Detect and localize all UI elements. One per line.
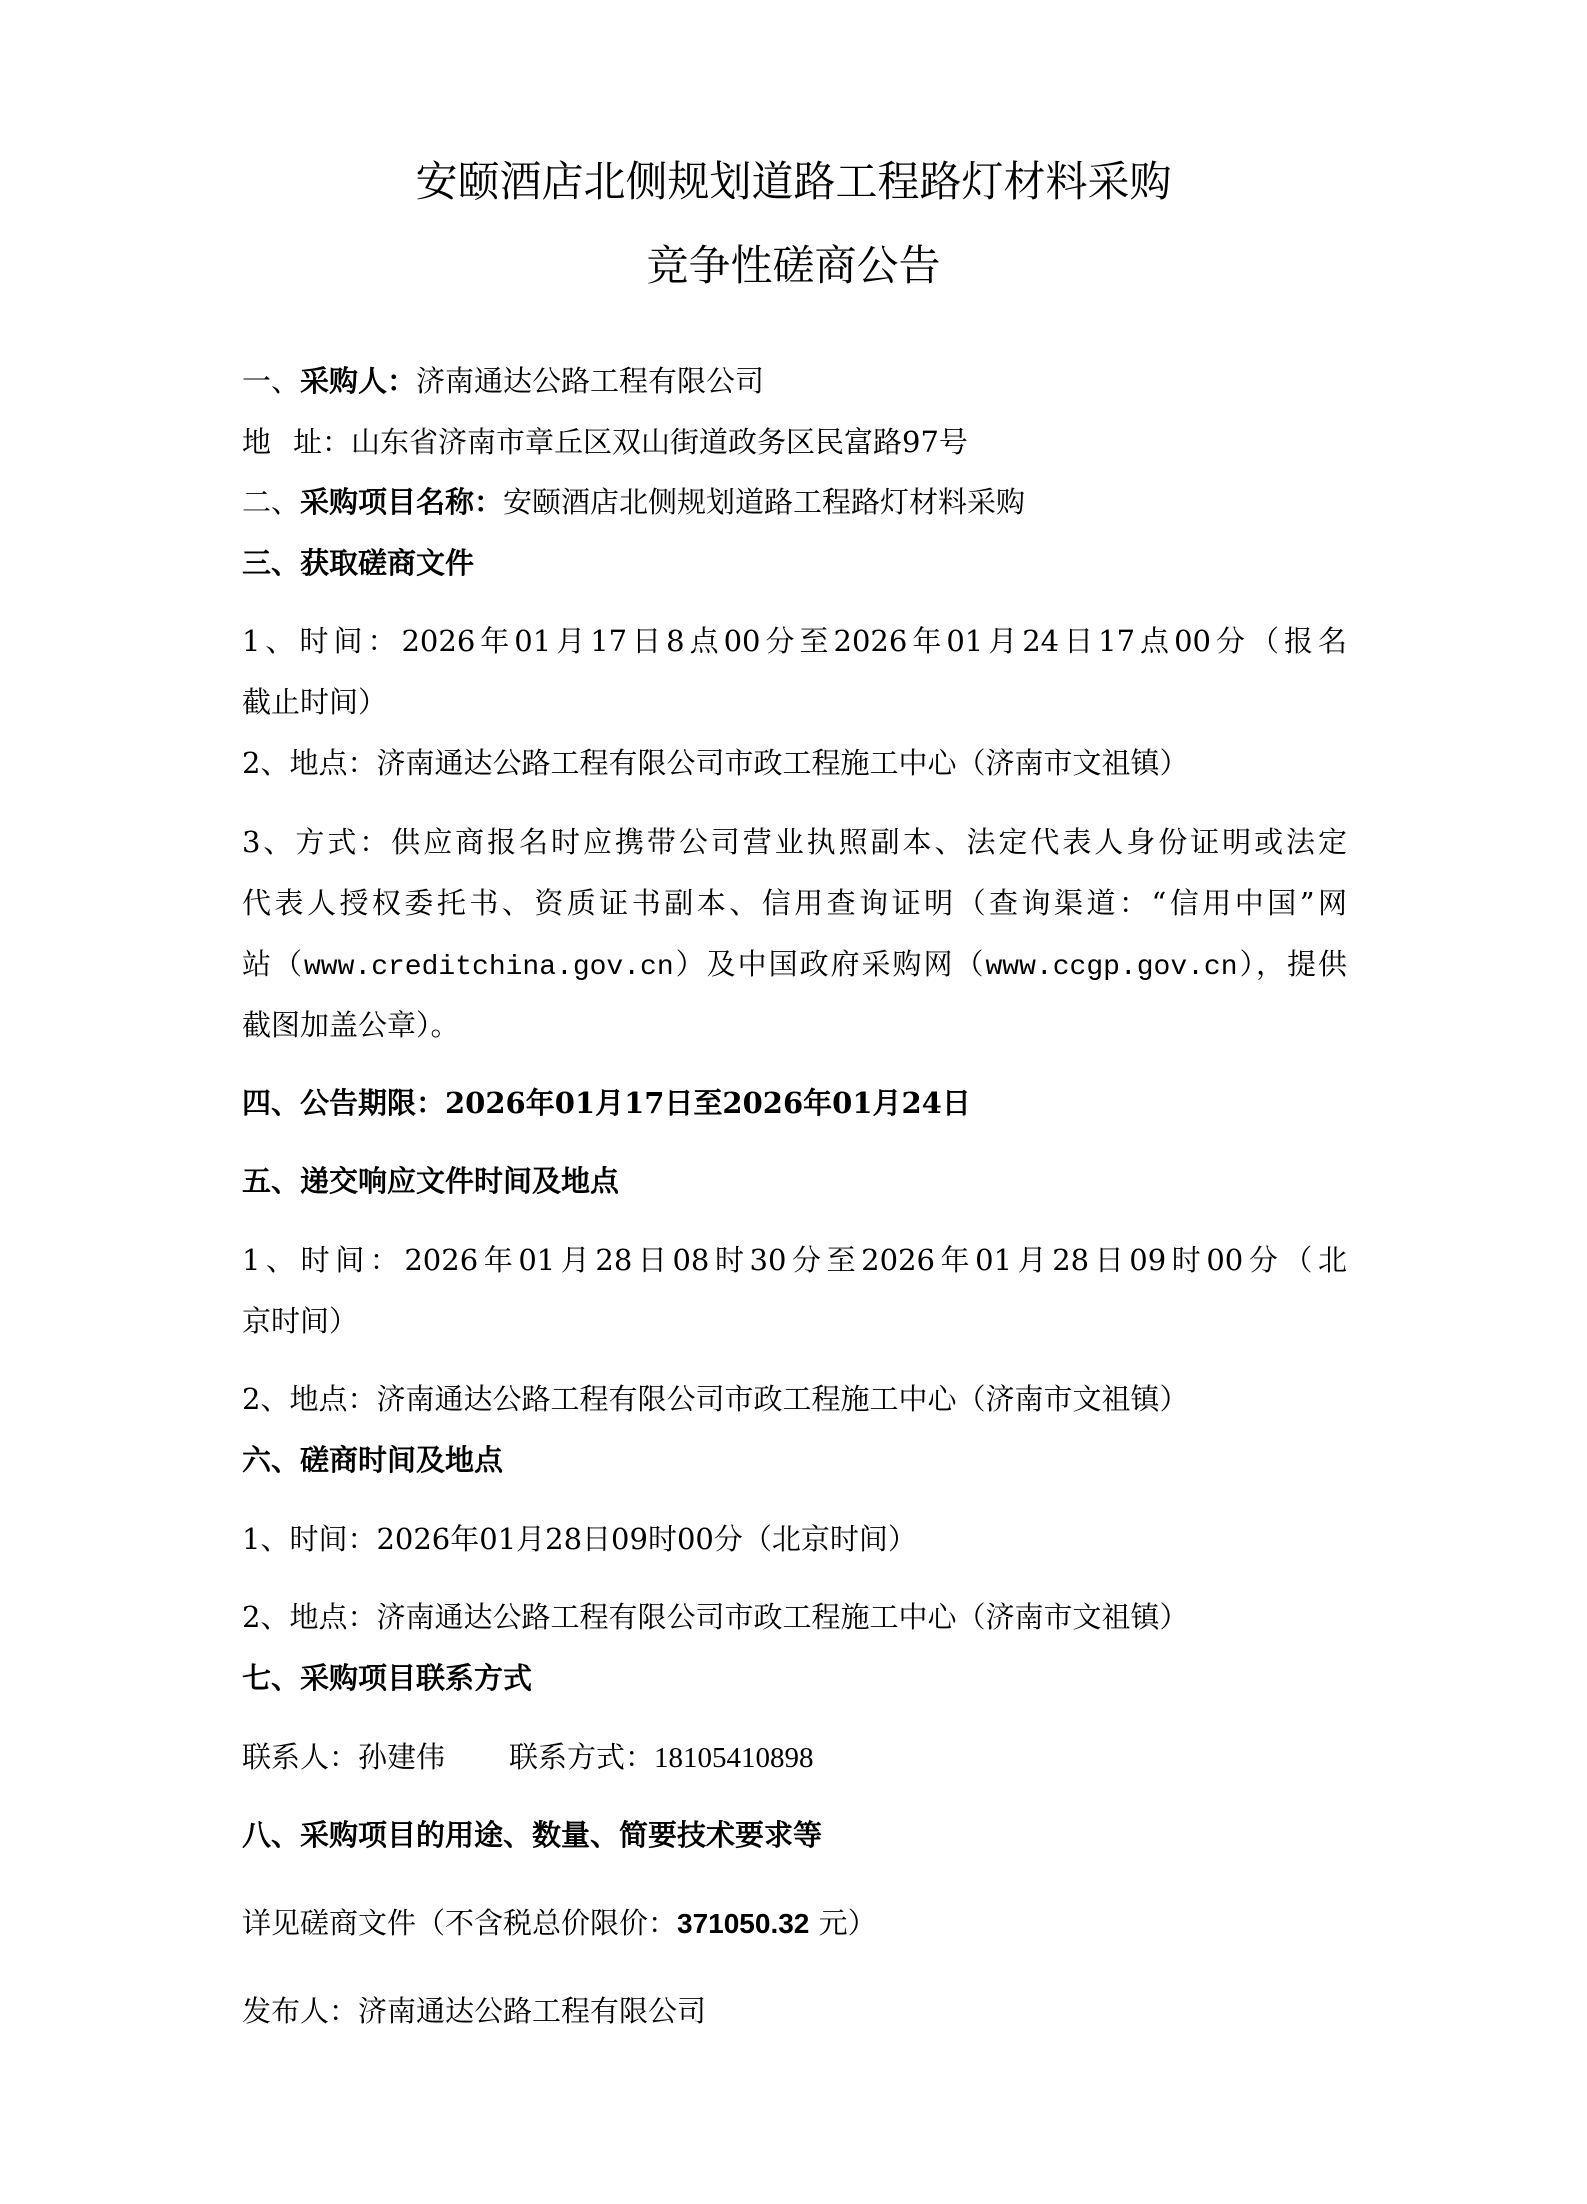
section8-heading: 八、采购项目的用途、数量、简要技术要求等 [242, 1815, 1347, 1855]
document-page: 安颐酒店北侧规划道路工程路灯材料采购 竞争性磋商公告 一、采购人：济南通达公路工… [0, 0, 1587, 2204]
creditchina-link: www.creditchina.gov.cn [304, 952, 674, 983]
address-line: 地址：山东省济南市章丘区双山街道政务区民富路97号 [242, 422, 1347, 462]
detail-suffix: 元） [819, 1906, 877, 1940]
section4-heading: 四、公告期限：2026年01月17日至2026年01月24日 [242, 1083, 1347, 1123]
contact-label: 联系人： [242, 1740, 358, 1774]
project-name-number: 二、 [242, 485, 300, 519]
item3-text-c: ），提供 [1238, 947, 1347, 981]
section3-item1-line1: 1、时间：2026年01月17日8点00分至2026年01月24日17点00分（… [242, 621, 1347, 661]
purchaser-label: 采购人： [300, 364, 416, 398]
publisher-line: 发布人：济南通达公路工程有限公司 [242, 1991, 1347, 2031]
section8-detail: 详见磋商文件（不含税总价限价：371050.32 元） [242, 1903, 1347, 1944]
section6-item1: 1、时间：2026年01月28日09时00分（北京时间） [242, 1519, 1347, 1559]
section6-item2: 2、地点：济南通达公路工程有限公司市政工程施工中心（济南市文祖镇） [242, 1597, 1347, 1637]
purchaser-line: 一、采购人：济南通达公路工程有限公司 [242, 361, 1347, 401]
section3-item3-line2: 代表人授权委托书、资质证书副本、信用查询证明（查询渠道：“信用中国”网 [242, 883, 1347, 923]
detail-prefix: 详见磋商文件（不含税总价限价： [242, 1906, 677, 1940]
section3-item3-line3: 站（www.creditchina.gov.cn）及中国政府采购网（www.cc… [242, 944, 1347, 988]
price-value: 371050.32 [677, 1908, 809, 1939]
document-title-line1: 安颐酒店北侧规划道路工程路灯材料采购 [0, 156, 1587, 208]
project-name-label: 采购项目名称： [300, 485, 503, 519]
ccgp-link: www.ccgp.gov.cn [986, 952, 1238, 983]
document-title-line2: 竞争性磋商公告 [0, 240, 1587, 292]
address-label-a: 地 [242, 425, 271, 459]
section3-item2: 2、地点：济南通达公路工程有限公司市政工程施工中心（济南市文祖镇） [242, 743, 1347, 783]
section5-heading: 五、递交响应文件时间及地点 [242, 1161, 1347, 1201]
section5-item2: 2、地点：济南通达公路工程有限公司市政工程施工中心（济南市文祖镇） [242, 1379, 1347, 1419]
contact-line: 联系人：孙建伟联系方式：18105410898 [242, 1737, 1347, 1778]
address-value: 山东省济南市章丘区双山街道政务区民富路97号 [351, 425, 968, 459]
section6-heading: 六、磋商时间及地点 [242, 1440, 1347, 1480]
section3-item1-line2: 截止时间） [242, 682, 1347, 722]
purchaser-number: 一、 [242, 364, 300, 398]
contact-name: 孙建伟 [358, 1740, 445, 1774]
section5-item1-line2: 京时间） [242, 1301, 1347, 1341]
item3-text-b: ）及中国政府采购网（ [674, 947, 986, 981]
section3-item3-line4: 截图加盖公章）。 [242, 1005, 1347, 1045]
item3-text-a: 站（ [242, 947, 304, 981]
section7-heading: 七、采购项目联系方式 [242, 1658, 1347, 1698]
section3-heading: 三、获取磋商文件 [242, 543, 1347, 583]
project-name-line: 二、采购项目名称：安颐酒店北侧规划道路工程路灯材料采购 [242, 482, 1347, 522]
phone-label: 联系方式： [509, 1740, 654, 1774]
section5-item1-line1: 1、时间：2026年01月28日08时30分至2026年01月28日09时00分… [242, 1240, 1347, 1280]
address-label-b: 址： [293, 425, 351, 459]
publisher-value: 济南通达公路工程有限公司 [358, 1994, 706, 2028]
project-name-value: 安颐酒店北侧规划道路工程路灯材料采购 [503, 485, 1025, 519]
section3-item3-line1: 3、方式：供应商报名时应携带公司营业执照副本、法定代表人身份证明或法定 [242, 822, 1347, 862]
phone-number: 18105410898 [654, 1742, 814, 1774]
publisher-label: 发布人： [242, 1994, 358, 2028]
purchaser-value: 济南通达公路工程有限公司 [416, 364, 764, 398]
